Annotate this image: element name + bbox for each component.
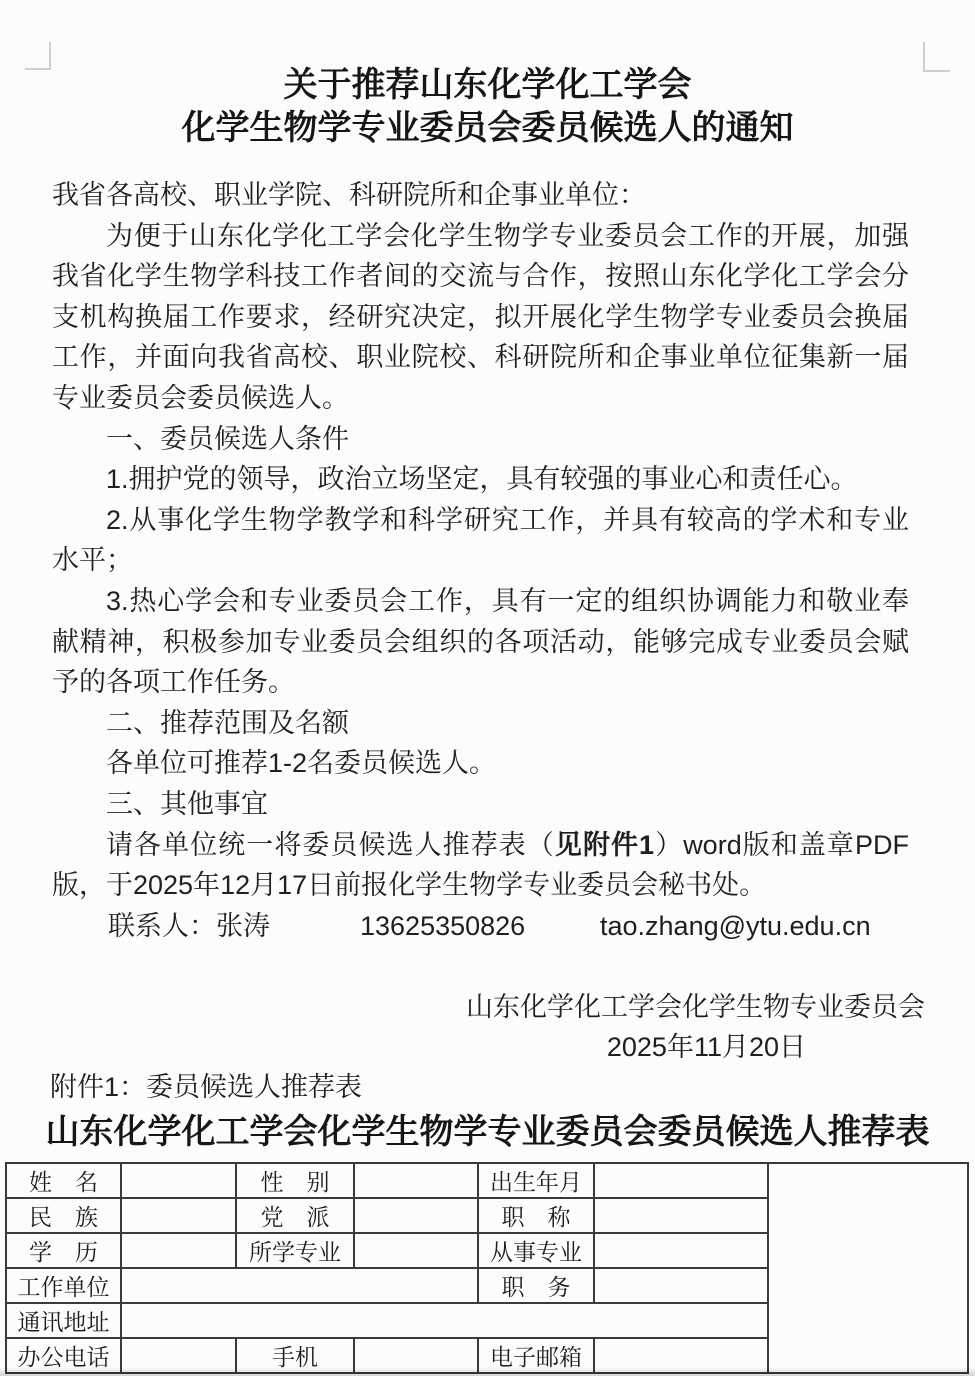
candidate-form-table: 姓 名性 别出生年月民 族党 派职 称学 历所学专业从事专业工作单位职 务通讯地… [5,1162,969,1374]
body-line-text: 各单位可推荐1-2名委员候选人。 [106,748,496,778]
body-line-text: 专业委员会委员候选人。 [52,383,349,413]
body-line: 一、委员候选人条件 [52,419,909,460]
body-line-text: 三、其他事宜 [106,789,268,819]
recommendation-table-title: 山东化学化工学会化学生物学专业委员会委员候选人推荐表 [0,1109,975,1155]
form-field-value-cell [354,1163,478,1198]
form-field-label: 民 族 [6,1198,121,1233]
contact-email: tao.zhang@ytu.edu.cn [600,906,871,947]
form-field-value-cell [121,1233,236,1268]
body-line: 献精神，积极参加专业委员会组织的各项活动，能够完成专业委员会赋 [52,622,909,663]
body-line: 我省化学生物学科技工作者间的交流与合作，按照山东化学化工学会分 [52,256,909,297]
notice-title-line-1: 关于推荐山东化学化工学会 [0,64,975,107]
form-field-value-cell [121,1198,236,1233]
form-field-label: 职 务 [478,1268,594,1303]
form-field-label: 党 派 [236,1198,354,1233]
body-line-text: 献精神，积极参加专业委员会组织的各项活动，能够完成专业委员会赋 [52,627,909,657]
form-field-label: 所学专业 [236,1233,354,1268]
form-field-label: 出生年月 [478,1163,594,1198]
body-line-text: 支机构换届工作要求，经研究决定，拟开展化学生物学专业委员会换届 [52,302,909,332]
body-line: 3.热心学会和专业委员会工作，具有一定的组织协调能力和敬业奉 [52,581,909,622]
margin-corner-mark-top-right [923,42,950,72]
signature-date: 2025年11月20日 [0,1027,975,1067]
body-line-text: 1.拥护党的领导，政治立场坚定，具有较强的事业心和责任心。 [106,464,858,494]
form-field-value-cell [121,1268,478,1303]
form-field-label: 学 历 [6,1233,121,1268]
body-line: 二、推荐范围及名额 [52,703,909,744]
body-line-bold-text: 见附件1 [555,830,654,860]
contact-line: 联系人：张涛 13625350826 tao.zhang@ytu.edu.cn [52,906,909,947]
form-field-label: 职 称 [478,1198,594,1233]
form-field-label: 从事专业 [478,1233,594,1268]
body-line: 版，于2025年12月17日前报化学生物学专业委员会秘书处。 [52,865,909,906]
form-field-value-cell [594,1233,768,1268]
body-line-text: 我省化学生物学科技工作者间的交流与合作，按照山东化学化工学会分 [52,261,909,291]
notice-body-lines: 我省各高校、职业学院、科研院所和企事业单位：为便于山东化学化工学会化学生物学专业… [52,175,909,906]
body-line: 1.拥护党的领导，政治立场坚定，具有较强的事业心和责任心。 [52,459,909,500]
body-line-text: 二、推荐范围及名额 [106,708,349,738]
body-line-text: ）word版和盖章PDF [654,830,909,860]
form-field-label: 性 别 [236,1163,354,1198]
attachment-heading: 附件1：委员候选人推荐表 [0,1067,975,1107]
form-field-value-cell [121,1163,236,1198]
form-field-value-cell [594,1198,768,1233]
body-line: 请各单位统一将委员候选人推荐表（见附件1）word版和盖章PDF [52,825,909,866]
document-page: 关于推荐山东化学化工学会 化学生物学专业委员会委员候选人的通知 我省各高校、职业… [0,0,975,1376]
page-bottom-shadow [0,1367,975,1376]
body-line-text: 为便于山东化学化工学会化学生物学专业委员会工作的开展，加强 [106,221,909,251]
body-line-text: 版，于2025年12月17日前报化学生物学专业委员会秘书处。 [52,870,766,900]
body-line: 予的各项工作任务。 [52,662,909,703]
body-line: 工作，并面向我省高校、职业院校、科研院所和企事业单位征集新一届 [52,337,909,378]
body-line: 专业委员会委员候选人。 [52,378,909,419]
form-field-label: 工作单位 [6,1268,121,1303]
photo-cell [768,1163,968,1373]
body-line: 支机构换届工作要求，经研究决定，拟开展化学生物学专业委员会换届 [52,297,909,338]
form-field-label: 姓 名 [6,1163,121,1198]
body-line: 三、其他事宜 [52,784,909,825]
form-field-value-cell [354,1233,478,1268]
body-line-text: 予的各项工作任务。 [52,667,295,697]
form-field-value-cell [594,1163,768,1198]
body-line-text: 水平； [52,545,133,575]
form-row: 姓 名性 别出生年月 [6,1163,968,1198]
body-line: 为便于山东化学化工学会化学生物学专业委员会工作的开展，加强 [52,216,909,257]
form-field-label: 通讯地址 [6,1303,121,1338]
contact-person: 联系人：张涛 [108,906,270,947]
body-line-text: 工作，并面向我省高校、职业院校、科研院所和企事业单位征集新一届 [52,342,909,372]
body-line-text: 我省各高校、职业学院、科研院所和企事业单位： [52,180,646,210]
body-line: 我省各高校、职业学院、科研院所和企事业单位： [52,175,909,216]
body-line: 水平； [52,540,909,581]
form-field-value-cell [121,1303,768,1338]
contact-phone: 13625350826 [360,906,525,947]
form-field-value-cell [594,1268,768,1303]
notice-body: 我省各高校、职业学院、科研院所和企事业单位：为便于山东化学化工学会化学生物学专业… [0,175,975,946]
form-field-value-cell [354,1198,478,1233]
margin-corner-mark-top-left [25,42,51,70]
body-line-text: 2.从事化学生物学教学和科学研究工作，并具有较高的学术和专业 [106,505,909,535]
body-line-text: 3.热心学会和专业委员会工作，具有一定的组织协调能力和敬业奉 [106,586,909,616]
body-line-text: 一、委员候选人条件 [106,424,349,454]
body-line-text: 请各单位统一将委员候选人推荐表（ [106,830,555,860]
body-line: 2.从事化学生物学教学和科学研究工作，并具有较高的学术和专业 [52,500,909,541]
notice-title-line-2: 化学生物学专业委员会委员候选人的通知 [0,107,975,150]
signature-organization: 山东化学化工学会化学生物专业委员会 [0,987,975,1027]
body-line: 各单位可推荐1-2名委员候选人。 [52,743,909,784]
notice-title: 关于推荐山东化学化工学会 化学生物学专业委员会委员候选人的通知 [0,0,975,150]
